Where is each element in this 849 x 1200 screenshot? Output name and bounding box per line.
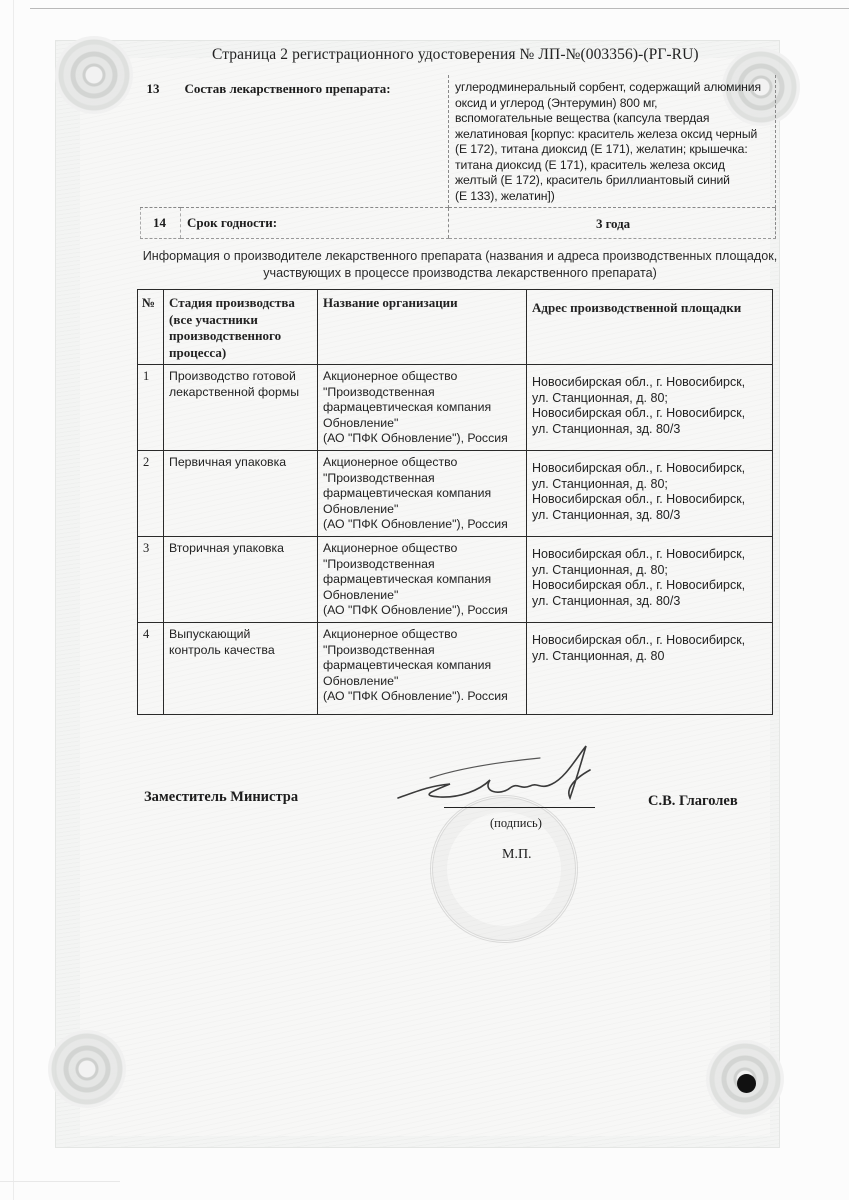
- org-line: (АО "ПФК Обновление"), Россия: [323, 603, 522, 619]
- composition-table: 13 Состав лекарственного препарата: угле…: [140, 75, 776, 239]
- org-line: фармацевтическая компания: [323, 400, 522, 416]
- address-cell: Новосибирская обл., г. Новосибирск, ул. …: [527, 365, 773, 451]
- org-line: Обновление": [323, 674, 522, 690]
- org-cell: Акционерное общество "Производственная ф…: [318, 451, 527, 537]
- scan-edge-bottom: [0, 1181, 120, 1182]
- org-line: "Производственная: [323, 557, 522, 573]
- column-header-num: №: [138, 290, 164, 365]
- address-line: ул. Станционная, д. 80;: [532, 391, 768, 407]
- org-line: "Производственная: [323, 643, 522, 659]
- address-line: Новосибирская обл., г. Новосибирск,: [532, 547, 768, 563]
- seal-label: М.П.: [502, 847, 532, 863]
- signature-line: [444, 807, 595, 808]
- item-number: 13: [141, 75, 181, 208]
- column-header-org: Название организации: [318, 290, 527, 365]
- address-line: Новосибирская обл., г. Новосибирск,: [532, 633, 768, 649]
- org-cell: Акционерное общество "Производственная ф…: [318, 537, 527, 623]
- value-line: углеродминеральный сорбент, содержащий а…: [455, 80, 771, 96]
- signatory-position: Заместитель Министра: [144, 789, 298, 806]
- stage-cell: Выпускающий контроль качества: [164, 623, 318, 715]
- org-line: Акционерное общество: [323, 627, 522, 643]
- org-line: фармацевтическая компания: [323, 658, 522, 674]
- signatory-name: С.В. Глаголев: [648, 793, 738, 810]
- table-row: 4 Выпускающий контроль качества Акционер…: [138, 623, 773, 715]
- item-row-13: 13 Состав лекарственного препарата: угле…: [141, 75, 776, 208]
- item-label: Срок годности:: [181, 208, 449, 239]
- org-line: Обновление": [323, 502, 522, 518]
- item-value: углеродминеральный сорбент, содержащий а…: [449, 75, 776, 208]
- stage-line: Первичная упаковка: [169, 455, 313, 471]
- stage-line: лекарственной формы: [169, 385, 313, 401]
- value-line: оксид и углерод (Энтерумин) 800 мг,: [455, 96, 771, 112]
- value-line: (Е 133), желатин]): [455, 189, 771, 205]
- address-cell: Новосибирская обл., г. Новосибирск, ул. …: [527, 537, 773, 623]
- address-line: ул. Станционная, зд. 80/3: [532, 594, 768, 610]
- signature-caption: (подпись): [490, 816, 542, 831]
- address-line: Новосибирская обл., г. Новосибирск,: [532, 461, 768, 477]
- org-line: Обновление": [323, 588, 522, 604]
- row-number: 2: [138, 451, 164, 537]
- org-line: (АО "ПФК Обновление"). Россия: [323, 689, 522, 705]
- org-line: Акционерное общество: [323, 541, 522, 557]
- item-row-14: 14 Срок годности: 3 года: [141, 208, 776, 239]
- address-line: ул. Станционная, д. 80: [532, 649, 768, 665]
- org-line: Акционерное общество: [323, 369, 522, 385]
- scan-edge-left: [13, 0, 14, 1200]
- document-page: Страница 2 регистрационного удостоверени…: [0, 0, 849, 1200]
- scan-edge-top: [30, 8, 849, 9]
- org-line: фармацевтическая компания: [323, 572, 522, 588]
- item-value: 3 года: [449, 208, 776, 239]
- address-line: Новосибирская обл., г. Новосибирск,: [532, 406, 768, 422]
- address-line: Новосибирская обл., г. Новосибирск,: [532, 492, 768, 508]
- address-line: ул. Станционная, д. 80;: [532, 563, 768, 579]
- item-number: 14: [141, 208, 181, 239]
- caption-line: участвующих в процессе производства лека…: [140, 265, 780, 282]
- row-number: 1: [138, 365, 164, 451]
- manufacturer-info-caption: Информация о производителе лекарственног…: [140, 248, 780, 282]
- org-line: Обновление": [323, 416, 522, 432]
- address-cell: Новосибирская обл., г. Новосибирск, ул. …: [527, 451, 773, 537]
- org-cell: Акционерное общество "Производственная ф…: [318, 365, 527, 451]
- address-line: Новосибирская обл., г. Новосибирск,: [532, 375, 768, 391]
- stage-line: Производство готовой: [169, 369, 313, 385]
- signature-icon: [390, 740, 630, 810]
- stage-line: Выпускающий: [169, 627, 313, 643]
- value-line: вспомогательные вещества (капсула тверда…: [455, 111, 771, 127]
- row-number: 3: [138, 537, 164, 623]
- rosette-ornament-icon: [55, 36, 133, 114]
- stage-cell: Первичная упаковка: [164, 451, 318, 537]
- table-header-row: № Стадия производства (все участники про…: [138, 290, 773, 365]
- address-cell: Новосибирская обл., г. Новосибирск, ул. …: [527, 623, 773, 715]
- punch-hole-dot-icon: [737, 1074, 756, 1093]
- org-cell: Акционерное общество "Производственная ф…: [318, 623, 527, 715]
- address-line: ул. Станционная, зд. 80/3: [532, 508, 768, 524]
- column-header-address: Адрес производственной площадки: [527, 290, 773, 365]
- org-line: (АО "ПФК Обновление"), Россия: [323, 517, 522, 533]
- org-line: "Производственная: [323, 385, 522, 401]
- stage-line: Вторичная упаковка: [169, 541, 313, 557]
- table-row: 1 Производство готовой лекарственной фор…: [138, 365, 773, 451]
- column-header-stage: Стадия производства (все участники произ…: [164, 290, 318, 365]
- org-line: (АО "ПФК Обновление"), Россия: [323, 431, 522, 447]
- value-line: титана диоксид (Е 171), краситель железа…: [455, 158, 771, 174]
- table-row: 3 Вторичная упаковка Акционерное обществ…: [138, 537, 773, 623]
- page-header: Страница 2 регистрационного удостоверени…: [212, 46, 699, 64]
- production-sites-table: № Стадия производства (все участники про…: [137, 289, 773, 715]
- rosette-ornament-icon: [48, 1030, 126, 1108]
- org-line: "Производственная: [323, 471, 522, 487]
- address-line: ул. Станционная, зд. 80/3: [532, 422, 768, 438]
- stage-cell: Производство готовой лекарственной формы: [164, 365, 318, 451]
- item-label: Состав лекарственного препарата:: [181, 75, 449, 208]
- value-line: (Е 172), титана диоксид (Е 171), желатин…: [455, 142, 771, 158]
- value-line: желатиновая [корпус: краситель железа ок…: [455, 127, 771, 143]
- address-line: Новосибирская обл., г. Новосибирск,: [532, 578, 768, 594]
- stage-line: контроль качества: [169, 643, 313, 659]
- org-line: фармацевтическая компания: [323, 486, 522, 502]
- org-line: Акционерное общество: [323, 455, 522, 471]
- address-line: ул. Станционная, д. 80;: [532, 477, 768, 493]
- row-number: 4: [138, 623, 164, 715]
- table-row: 2 Первичная упаковка Акционерное обществ…: [138, 451, 773, 537]
- stage-cell: Вторичная упаковка: [164, 537, 318, 623]
- value-line: желтый (Е 172), краситель бриллиантовый …: [455, 173, 771, 189]
- caption-line: Информация о производителе лекарственног…: [140, 248, 780, 265]
